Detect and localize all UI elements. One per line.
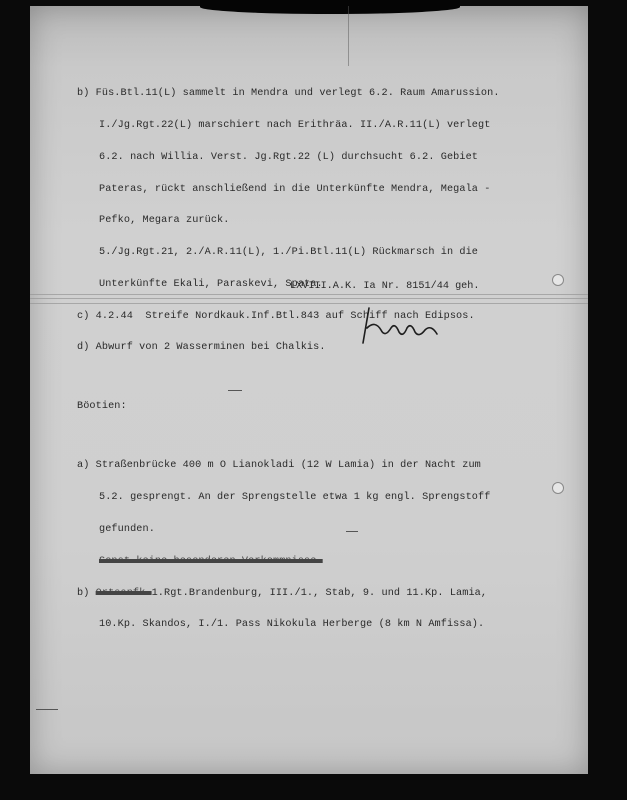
signature bbox=[355, 298, 445, 348]
speck bbox=[346, 531, 358, 532]
paragraph-b-line-5: Pefko, Megara zurück. bbox=[77, 216, 577, 227]
item-a-struck-line: Sonst keine besonderen Vorkommnisse. bbox=[77, 557, 577, 568]
paragraph-b-line-6: 5./Jg.Rgt.21, 2./A.R.11(L), 1./Pi.Btl.11… bbox=[77, 248, 577, 259]
paragraph-c: c) 4.2.44 Streife Nordkauk.Inf.Btl.843 a… bbox=[77, 312, 577, 323]
item-b-line-1: b) Ortsanfk.1.Rgt.Brandenburg, III./1., … bbox=[77, 589, 577, 600]
punch-hole-top bbox=[552, 274, 564, 286]
speck bbox=[228, 390, 242, 391]
punch-hole-bottom bbox=[552, 482, 564, 494]
paragraph-b-line-2: I./Jg.Rgt.22(L) marschiert nach Erithräa… bbox=[77, 121, 577, 132]
item-a-line-3: gefunden. bbox=[77, 525, 577, 536]
paragraph-b-line-4: Pateras, rückt anschließend in die Unter… bbox=[77, 185, 577, 196]
binder-clip-shadow bbox=[200, 0, 460, 14]
item-b-line-2: 10.Kp. Skandos, I./1. Pass Nikokula Herb… bbox=[77, 620, 577, 631]
paragraph-b-line-3: 6.2. nach Willia. Verst. Jg.Rgt.22 (L) d… bbox=[77, 153, 577, 164]
item-a-line-1: a) Straßenbrücke 400 m O Lianokladi (12 … bbox=[77, 461, 577, 472]
section-heading: Böotien: bbox=[77, 402, 577, 413]
reference-number: LXVIII.A.K. Ia Nr. 8151/44 geh. bbox=[290, 281, 480, 292]
fold-crease bbox=[348, 6, 349, 66]
horizontal-rule bbox=[30, 294, 588, 295]
speck bbox=[36, 709, 58, 710]
paragraph-d: d) Abwurf von 2 Wasserminen bei Chalkis. bbox=[77, 343, 577, 354]
document-page: b) Füs.Btl.11(L) sammelt in Mendra und v… bbox=[30, 6, 588, 774]
paragraph-b-line-1: b) Füs.Btl.11(L) sammelt in Mendra und v… bbox=[77, 89, 577, 100]
horizontal-rule bbox=[30, 298, 588, 299]
item-a-line-2: 5.2. gesprengt. An der Sprengstelle etwa… bbox=[77, 493, 577, 504]
typed-body: b) Füs.Btl.11(L) sammelt in Mendra und v… bbox=[77, 68, 577, 652]
horizontal-rule bbox=[30, 303, 588, 304]
